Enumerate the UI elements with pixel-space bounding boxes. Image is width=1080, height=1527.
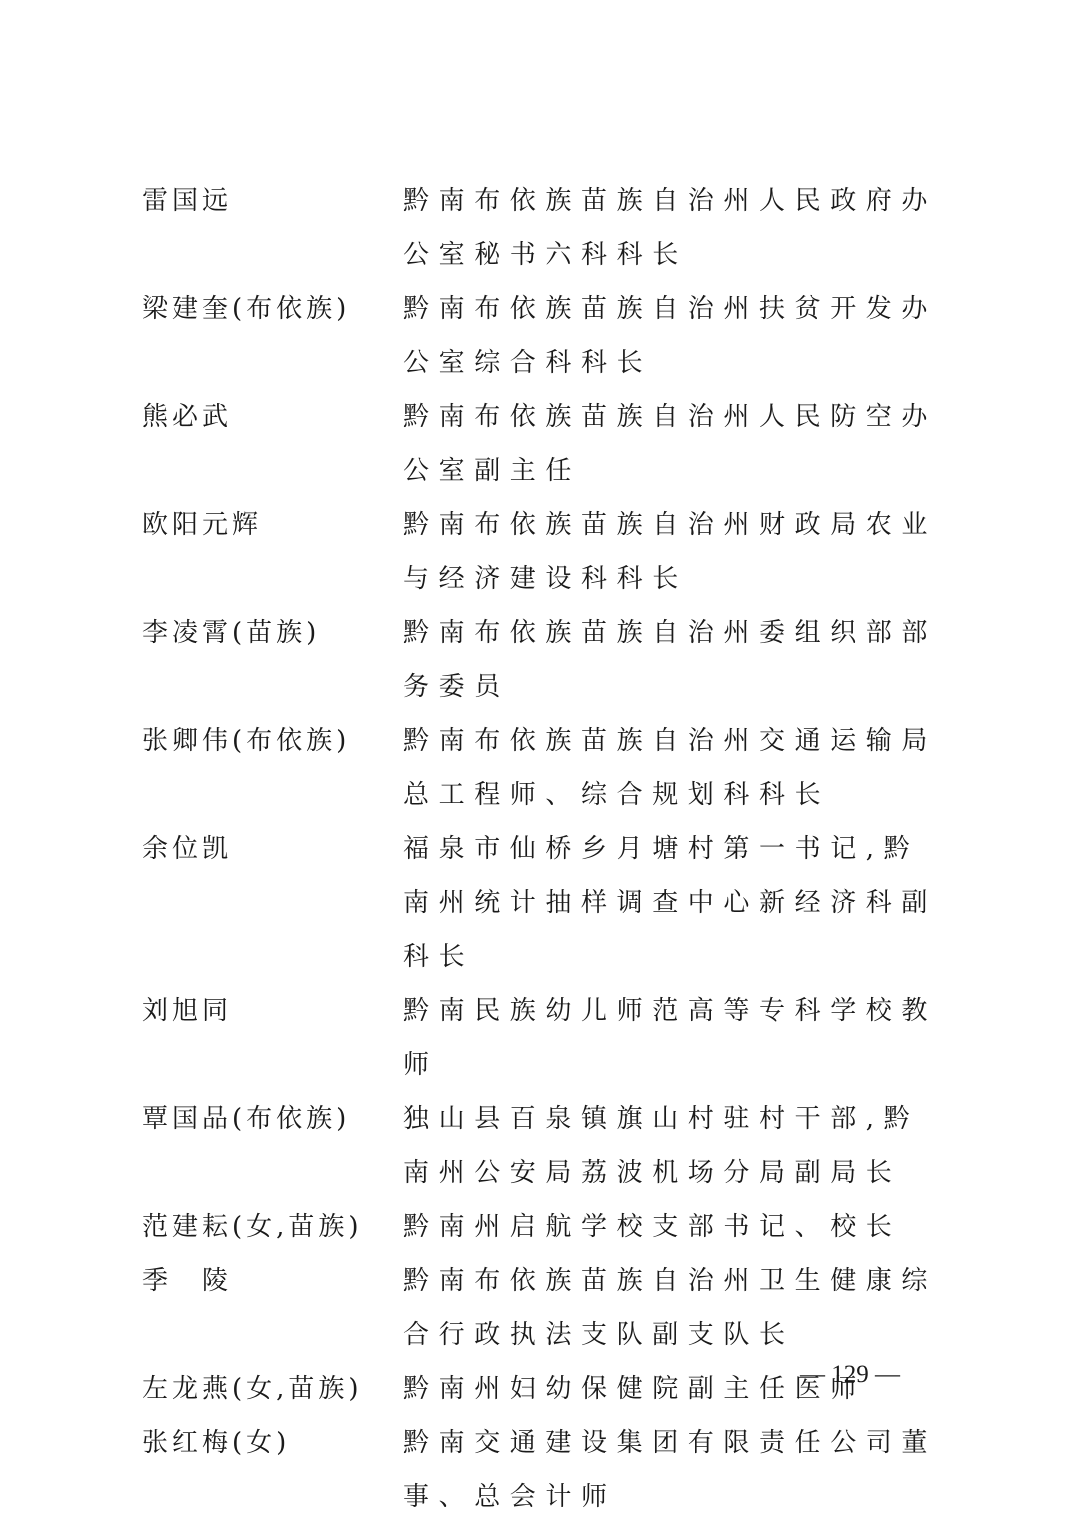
person-name: 覃国品(布依族) [142,1092,403,1146]
person-name: 李凌霄(苗族) [142,606,403,660]
person-position: 黔南布依族苗族自治州交通运输局总工程师、综合规划科科长 [403,714,942,822]
list-item: 覃国品(布依族) 独山县百泉镇旗山村驻村干部,黔南州公安局荔波机场分局副局长 [142,1092,942,1200]
list-item: 熊必武 黔南布依族苗族自治州人民防空办公室副主任 [142,390,942,498]
person-position: 黔南布依族苗族自治州扶贫开发办公室综合科科长 [403,282,942,390]
person-position: 黔南布依族苗族自治州委组织部部务委员 [403,606,942,714]
person-position: 黔南州启航学校支部书记、校长 [403,1200,942,1254]
person-name: 张卿伟(布依族) [142,714,403,768]
document-page: 雷国远 黔南布依族苗族自治州人民政府办公室秘书六科科长 梁建奎(布依族) 黔南布… [0,0,1080,1527]
list-item: 雷国远 黔南布依族苗族自治州人民政府办公室秘书六科科长 [142,174,942,282]
person-name: 左龙燕(女,苗族) [142,1362,403,1416]
person-name: 张红梅(女) [142,1416,403,1470]
person-name: 刘旭同 [142,984,403,1038]
person-position: 黔南布依族苗族自治州人民防空办公室副主任 [403,390,942,498]
person-name: 雷国远 [142,174,403,228]
personnel-list: 雷国远 黔南布依族苗族自治州人民政府办公室秘书六科科长 梁建奎(布依族) 黔南布… [142,174,942,1524]
list-item: 张卿伟(布依族) 黔南布依族苗族自治州交通运输局总工程师、综合规划科科长 [142,714,942,822]
person-name: 范建耘(女,苗族) [142,1200,403,1254]
person-name: 梁建奎(布依族) [142,282,403,336]
person-name: 欧阳元辉 [142,498,403,552]
person-position: 黔南布依族苗族自治州人民政府办公室秘书六科科长 [403,174,942,282]
list-item: 张红梅(女) 黔南交通建设集团有限责任公司董事、总会计师 [142,1416,942,1524]
person-name: 季 陵 [142,1254,403,1308]
list-item: 余位凯 福泉市仙桥乡月塘村第一书记,黔南州统计抽样调查中心新经济科副科长 [142,822,942,984]
page-number: — 129 — [800,1358,900,1392]
person-position: 独山县百泉镇旗山村驻村干部,黔南州公安局荔波机场分局副局长 [403,1092,942,1200]
list-item: 季 陵 黔南布依族苗族自治州卫生健康综合行政执法支队副支队长 [142,1254,942,1362]
list-item: 范建耘(女,苗族) 黔南州启航学校支部书记、校长 [142,1200,942,1254]
person-position: 福泉市仙桥乡月塘村第一书记,黔南州统计抽样调查中心新经济科副科长 [403,822,942,984]
person-name: 余位凯 [142,822,403,876]
person-name: 熊必武 [142,390,403,444]
person-position: 黔南布依族苗族自治州卫生健康综合行政执法支队副支队长 [403,1254,942,1362]
person-position: 黔南布依族苗族自治州财政局农业与经济建设科科长 [403,498,942,606]
list-item: 梁建奎(布依族) 黔南布依族苗族自治州扶贫开发办公室综合科科长 [142,282,942,390]
list-item: 刘旭同 黔南民族幼儿师范高等专科学校教师 [142,984,942,1092]
list-item: 欧阳元辉 黔南布依族苗族自治州财政局农业与经济建设科科长 [142,498,942,606]
person-position: 黔南民族幼儿师范高等专科学校教师 [403,984,942,1092]
list-item: 李凌霄(苗族) 黔南布依族苗族自治州委组织部部务委员 [142,606,942,714]
person-position: 黔南交通建设集团有限责任公司董事、总会计师 [403,1416,942,1524]
